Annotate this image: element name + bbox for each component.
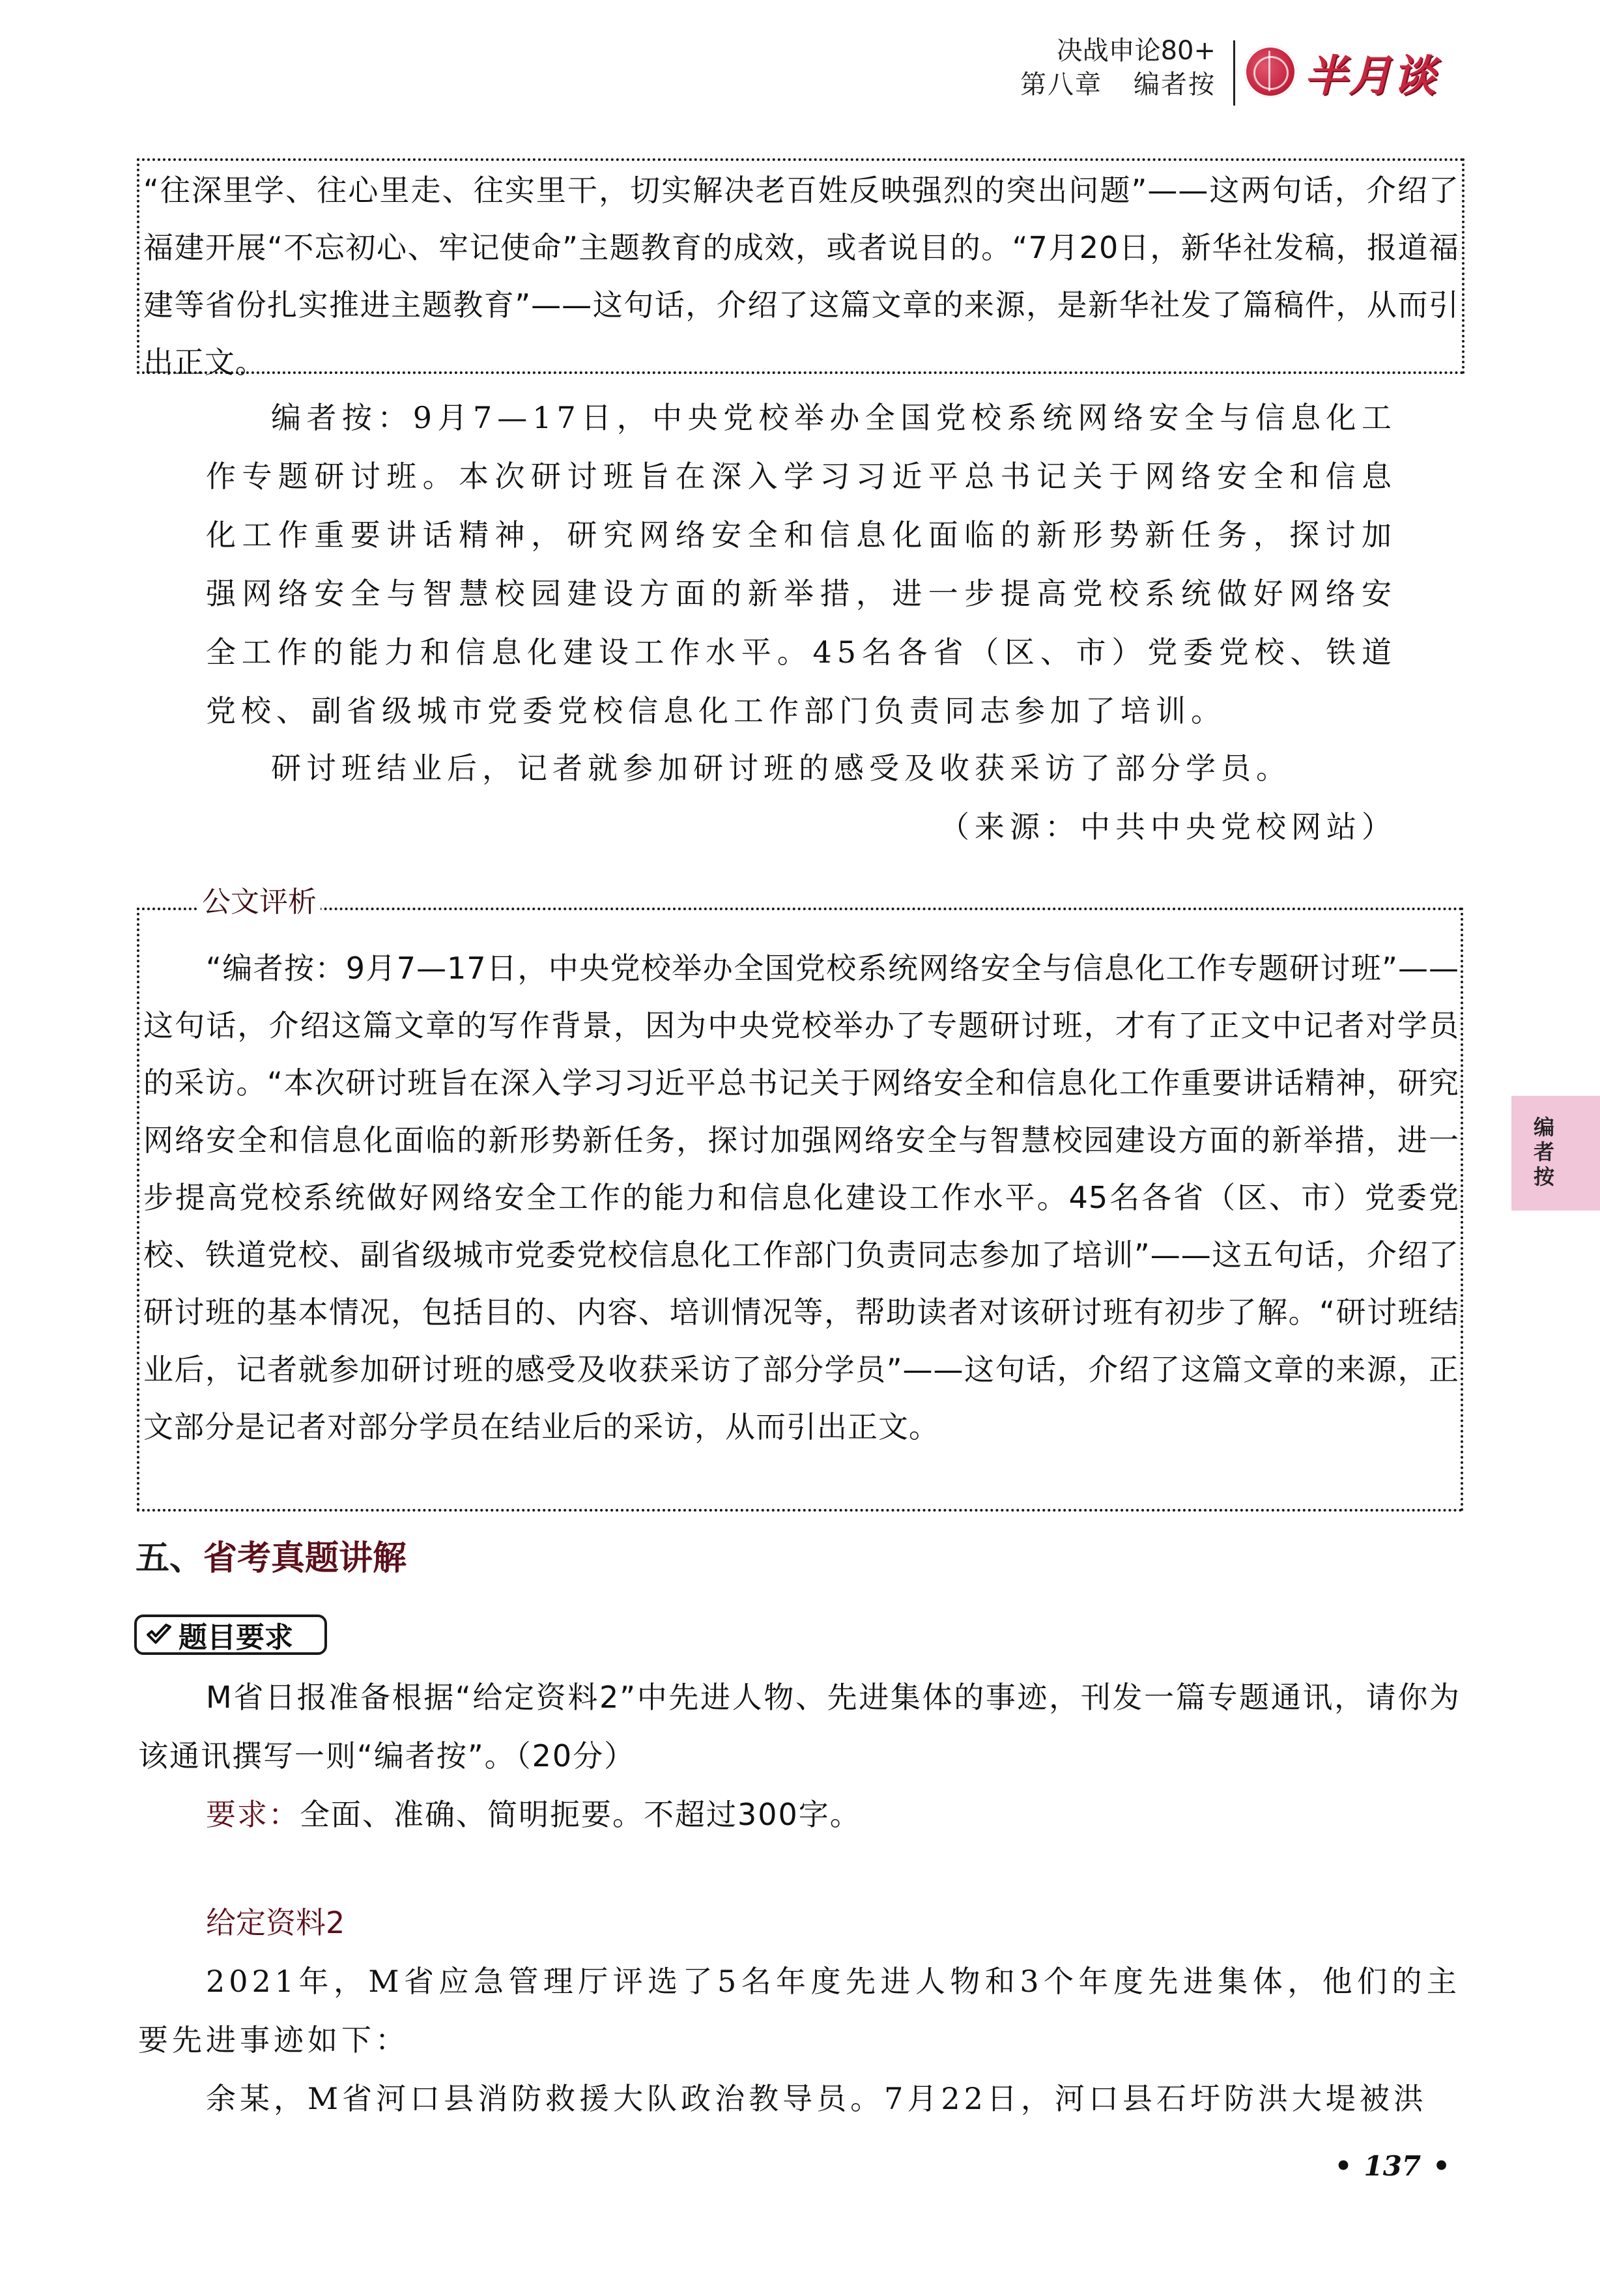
material-title: 给定资料2	[206, 1893, 345, 1952]
editor-note-source: （来源：中共中央党校网站）	[939, 797, 1397, 856]
material-paragraph: 余某，M省河口县消防救援大队政治教导员。7月22日，河口县石圩防洪大堤被洪	[138, 2069, 1461, 2128]
chapter-line: 第八章编者按	[1020, 68, 1216, 102]
publisher-logo: 半月谈	[1244, 44, 1437, 99]
checkmark-icon	[146, 1623, 172, 1646]
bullet-dot: •	[1335, 2150, 1352, 2182]
section-title: 省考真题讲解	[203, 1539, 407, 1578]
section-number: 五、	[136, 1539, 203, 1578]
requirement-text: 全面、准确、简明扼要。不超过300字。	[300, 1797, 861, 1832]
analysis-text: “编者按：9月7—17日，中央党校举办全国党校系统网络安全与信息化工作专题研讨班…	[143, 940, 1459, 1456]
chapter-side-tab: 编者按	[1511, 1096, 1600, 1211]
page-number: •137•	[1323, 2150, 1462, 2182]
section-heading: 五、省考真题讲解	[136, 1532, 407, 1585]
editor-note-paragraph: 研讨班结业后，记者就参加研讨班的感受及收获采访了部分学员。	[206, 739, 1397, 797]
question-tag-label: 题目要求	[179, 1614, 293, 1656]
question-prompt: M省日报准备根据“给定资料2”中先进人物、先进集体的事迹，刊发一篇专题通讯，请你…	[138, 1668, 1461, 1785]
book-title: 决战申论80+	[1020, 34, 1216, 68]
header-divider	[1233, 40, 1235, 106]
material-paragraph: 2021年，M省应急管理厅评选了5名年度先进人物和3个年度先进集体，他们的主要先…	[138, 1952, 1461, 2069]
globe-logo-icon	[1244, 46, 1296, 98]
section-label: 编者按	[1134, 70, 1216, 100]
question-requirement: 要求：全面、准确、简明扼要。不超过300字。	[206, 1785, 861, 1844]
running-header: 决战申论80+ 第八章编者按	[1020, 34, 1216, 102]
bullet-dot: •	[1433, 2150, 1450, 2182]
analysis-continued-text: “往深里学、往心里走、往实里干，切实解决老百姓反映强烈的突出问题”——这两句话，…	[143, 162, 1459, 391]
page-number-value: 137	[1364, 2150, 1421, 2182]
logo-text: 半月谈	[1304, 41, 1437, 103]
editor-note-paragraph: 编者按：9月7—17日，中央党校举办全国党校系统网络安全与信息化工作专题研讨班。…	[206, 388, 1397, 740]
chapter-label: 第八章	[1020, 70, 1102, 100]
question-requirement-tag: 题目要求	[134, 1614, 327, 1655]
requirement-label: 要求：	[206, 1797, 300, 1832]
analysis-box-label: 公文评析	[198, 883, 321, 922]
